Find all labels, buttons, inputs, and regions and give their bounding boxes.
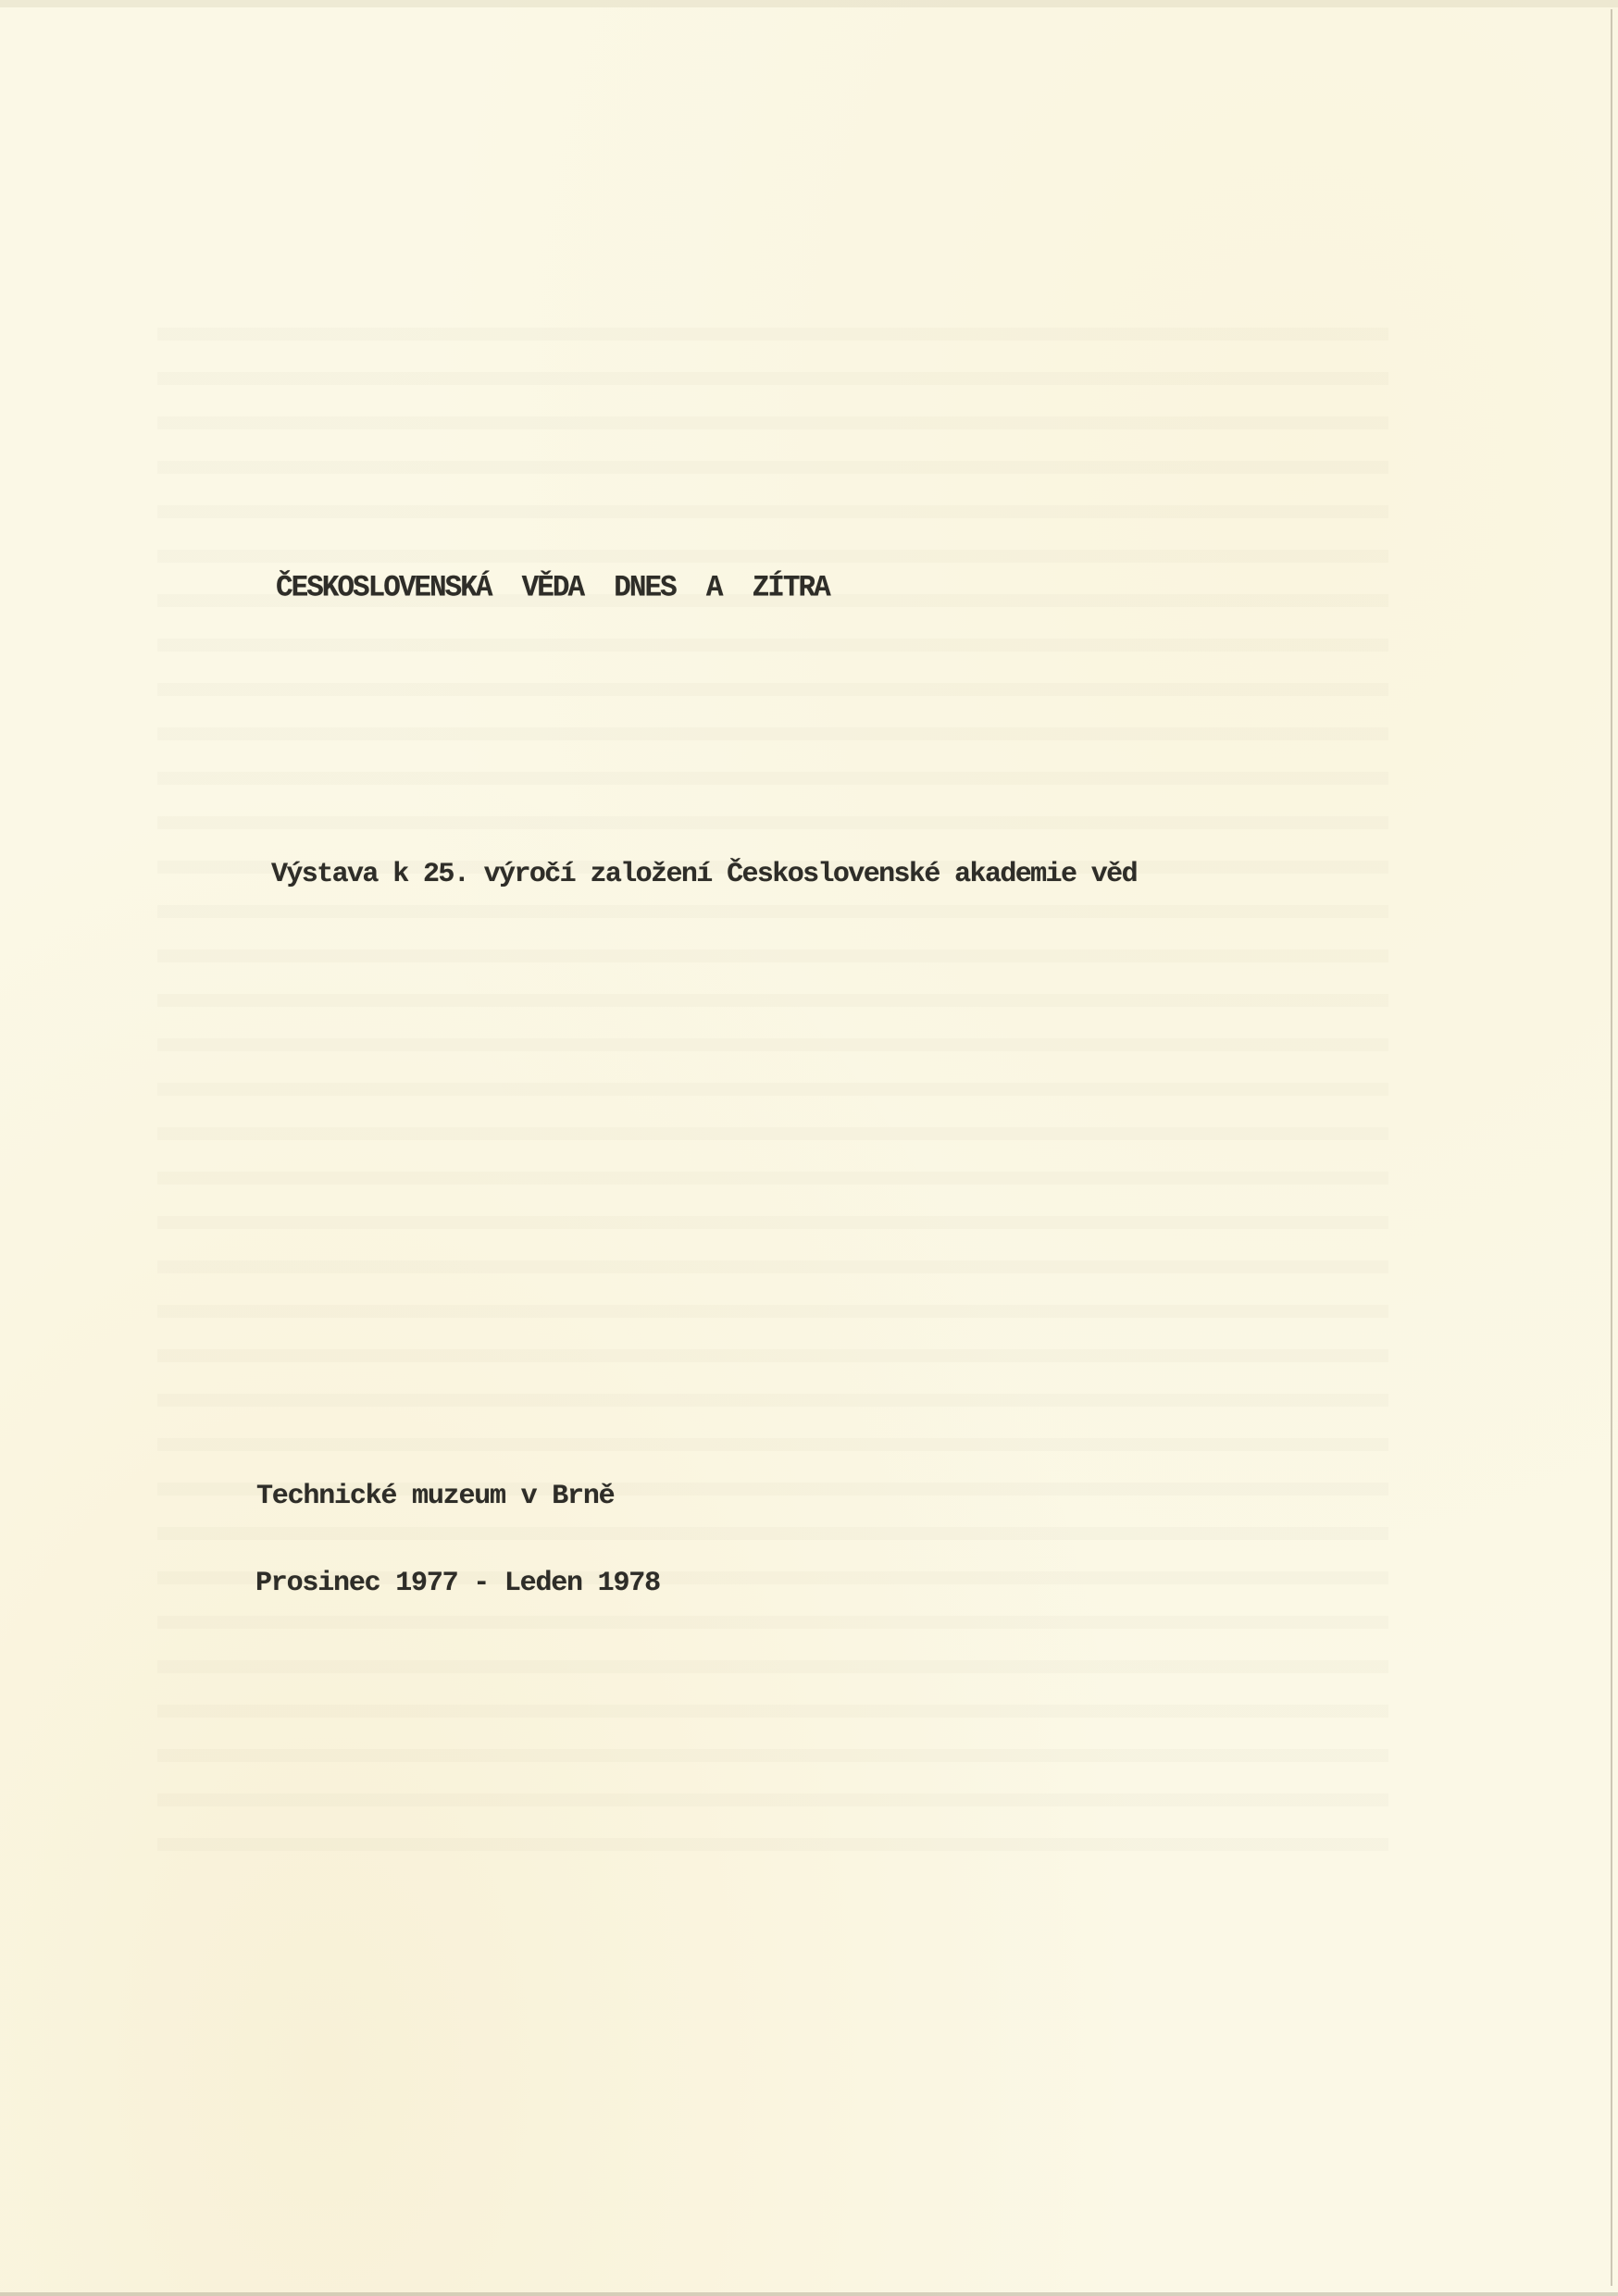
page-right-edge <box>1611 9 1612 2286</box>
page-top-edge <box>0 0 1618 7</box>
document-title: ČESKOSLOVENSKÁ VĚDA DNES A ZÍTRA <box>276 571 829 605</box>
document-subtitle: Výstava k 25. výročí založení Českoslove… <box>271 859 1137 890</box>
institution-name: Technické muzeum v Brně <box>256 1481 614 1512</box>
exhibition-period: Prosinec 1977 - Leden 1978 <box>255 1568 660 1599</box>
show-through-texture <box>157 296 1388 1869</box>
page-bottom-edge <box>0 2292 1618 2296</box>
paper-page: ČESKOSLOVENSKÁ VĚDA DNES A ZÍTRA Výstava… <box>0 0 1618 2296</box>
